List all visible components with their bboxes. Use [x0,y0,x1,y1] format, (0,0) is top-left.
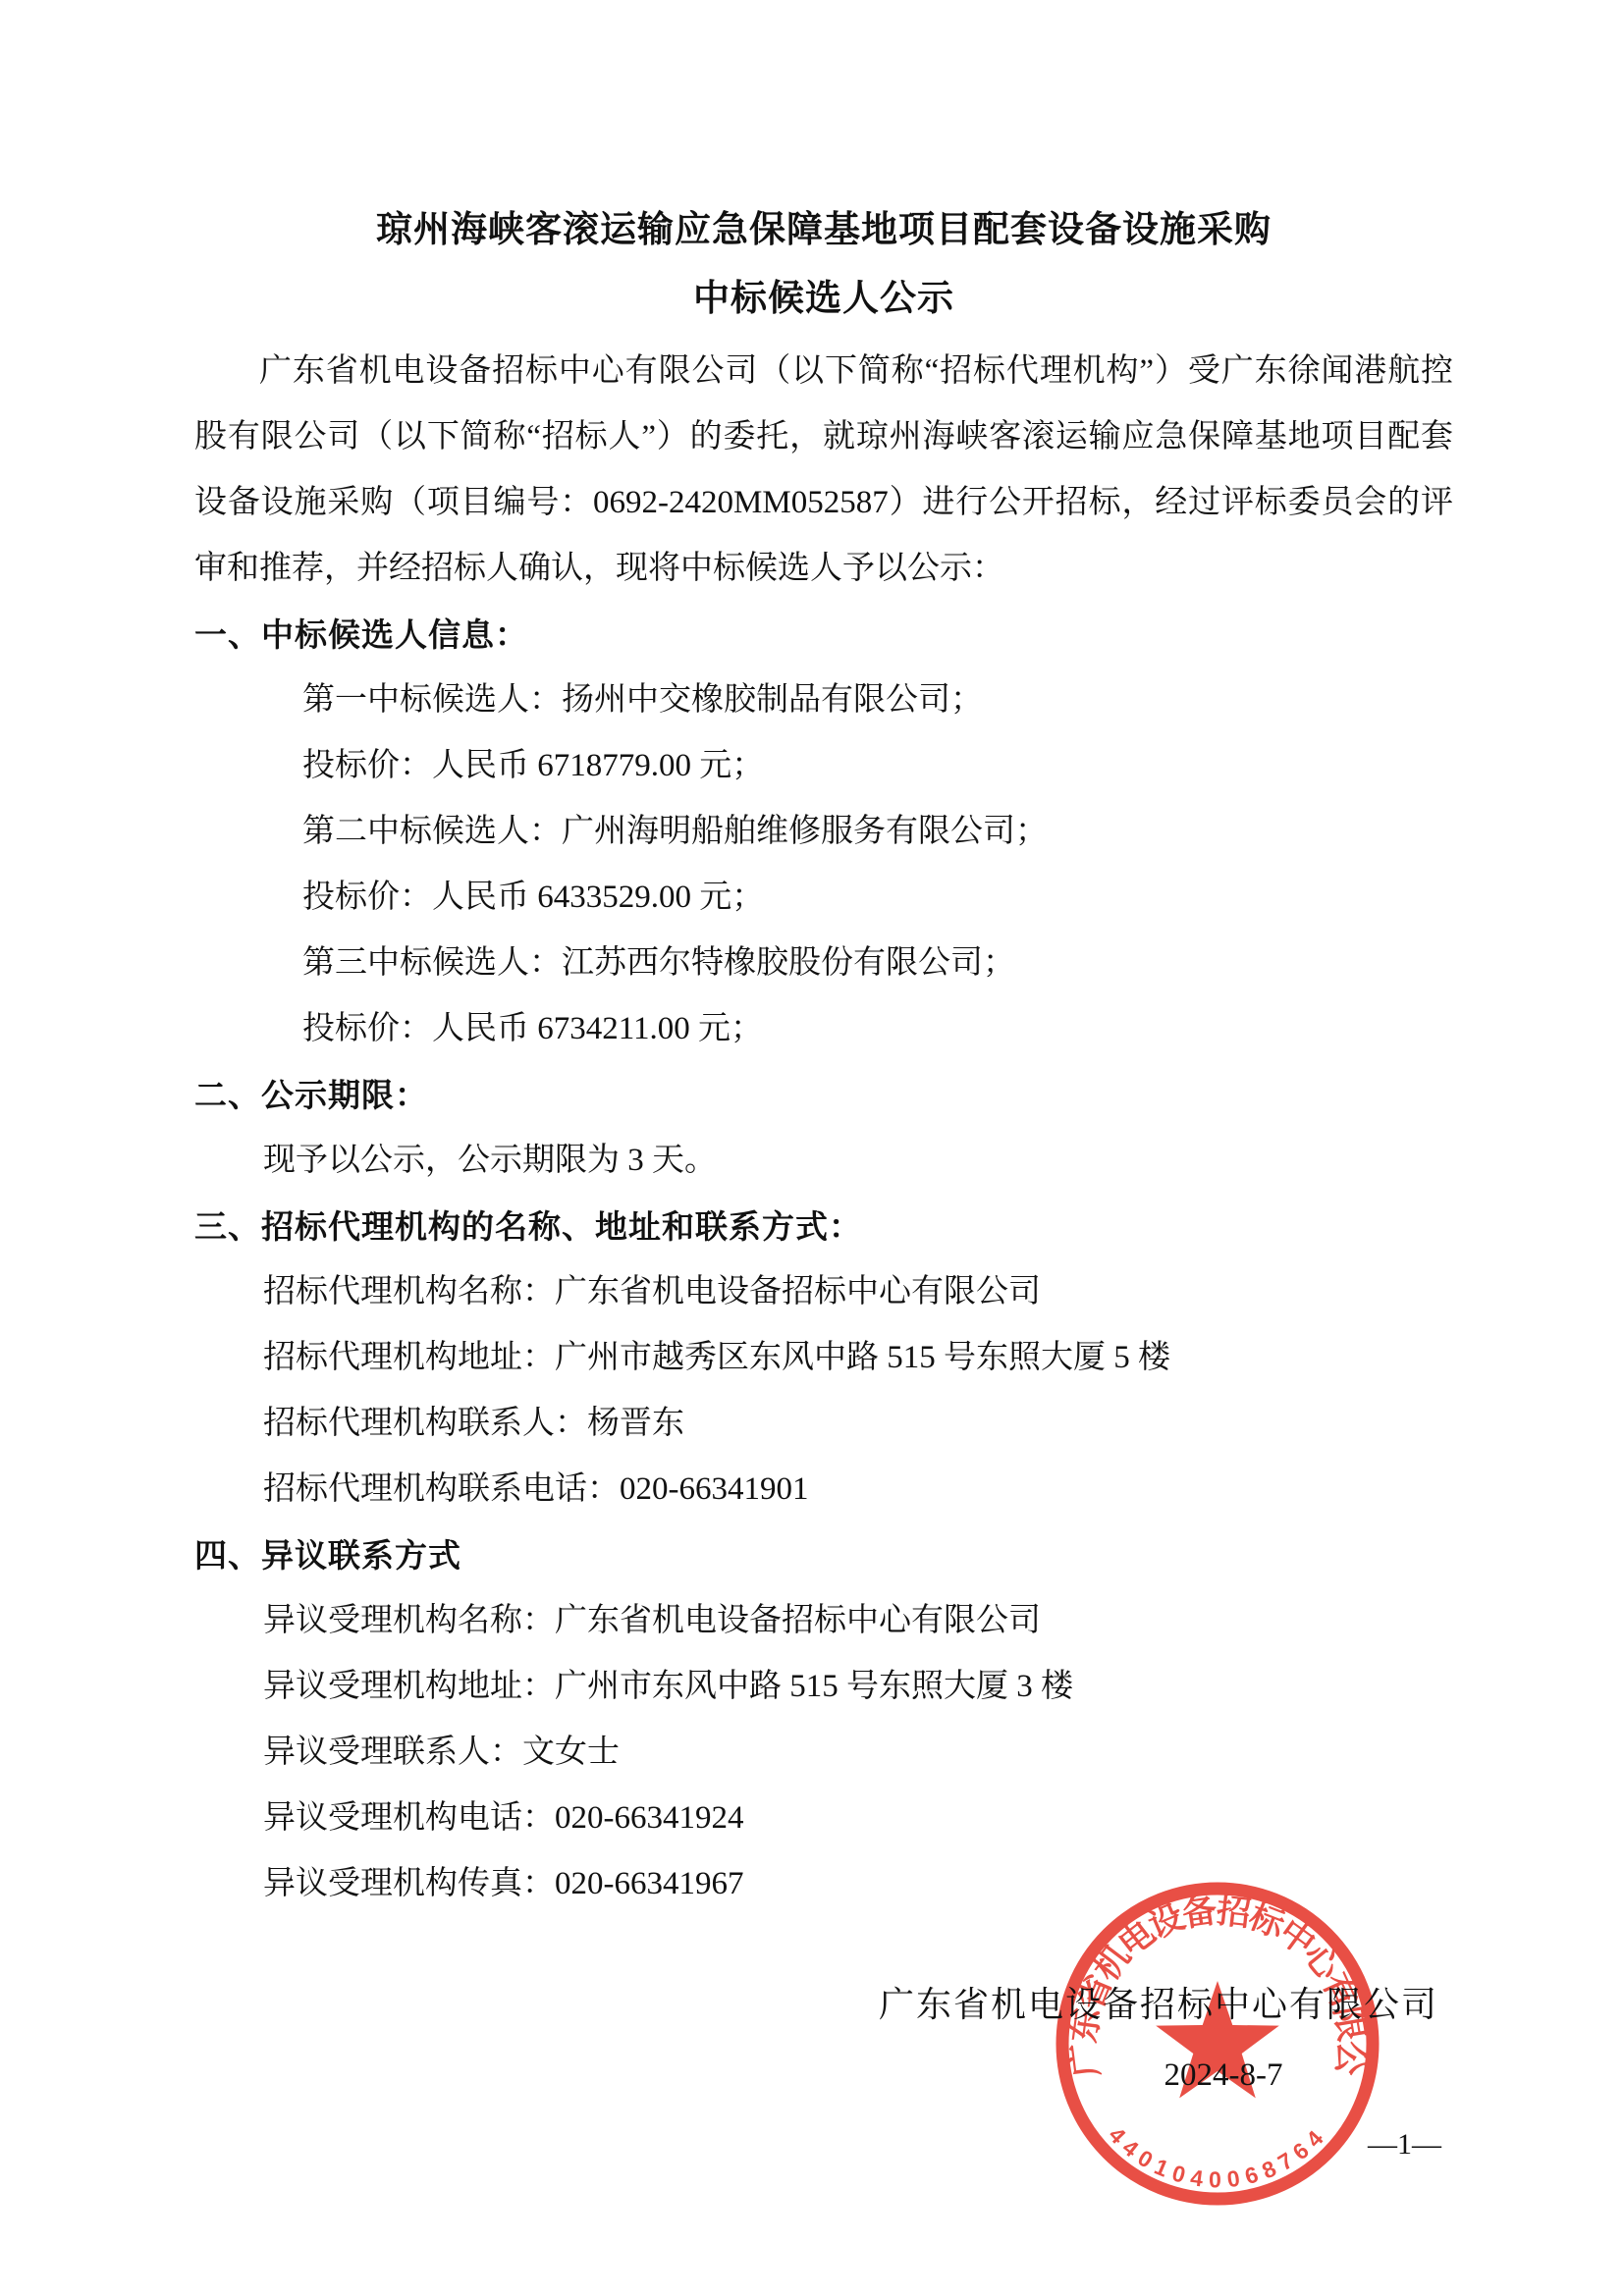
list-item: 异议受理机构名称：广东省机电设备招标中心有限公司 [194,1588,1453,1654]
page-number: —1— [1368,2128,1441,2162]
list-item: 投标价：人民币 6734211.00 元； [194,996,1453,1062]
list-item: 投标价：人民币 6433529.00 元； [194,865,1453,931]
list-item: 投标价：人民币 6718779.00 元； [194,733,1453,799]
list-item: 第一中标候选人：扬州中交橡胶制品有限公司； [194,667,1453,733]
document-subtitle: 中标候选人公示 [194,265,1453,334]
signature-company: 广东省机电设备招标中心有限公司 [879,1985,1438,2024]
list-item: 异议受理联系人：文女士 [194,1720,1453,1786]
document-body: 广东省机电设备招标中心有限公司（以下简称“招标代理机构”）受广东徐闻港航控股有限… [194,339,1453,1917]
list-item: 招标代理机构联系电话：020-66341901 [194,1457,1453,1522]
list-item: 第二中标候选人：广州海明船舶维修服务有限公司； [194,799,1453,865]
list-item: 异议受理机构地址：广州市东风中路 515 号东照大厦 3 楼 [194,1654,1453,1720]
list-item: 第三中标候选人：江苏西尔特橡胶股份有限公司； [194,931,1453,996]
list-item: 现予以公示，公示期限为 3 天。 [194,1128,1453,1194]
list-item: 招标代理机构联系人：杨晋东 [194,1391,1453,1457]
section-heading-3: 三、招标代理机构的名称、地址和联系方式： [194,1194,1453,1259]
list-item: 招标代理机构地址：广州市越秀区东风中路 515 号东照大厦 5 楼 [194,1325,1453,1391]
document-title: 琼州海峡客滚运输应急保障基地项目配套设备设施采购 [194,196,1453,265]
list-item: 异议受理机构电话：020-66341924 [194,1786,1453,1851]
document-title-block: 琼州海峡客滚运输应急保障基地项目配套设备设施采购 中标候选人公示 [194,196,1453,334]
section-heading-4: 四、异议联系方式 [194,1522,1453,1588]
section-heading-2: 二、公示期限： [194,1062,1453,1128]
official-seal-icon: 广东省机电设备招标中心有限公司 4401040068764 [1054,1880,1381,2208]
signature-date: 2024-8-7 [1145,2057,1302,2093]
document-page: 琼州海峡客滚运输应急保障基地项目配套设备设施采购 中标候选人公示 广东省机电设备… [0,0,1624,2296]
list-item: 招标代理机构名称：广东省机电设备招标中心有限公司 [194,1259,1453,1325]
section-heading-1: 一、中标候选人信息： [194,602,1453,667]
intro-paragraph: 广东省机电设备招标中心有限公司（以下简称“招标代理机构”）受广东徐闻港航控股有限… [194,339,1453,602]
